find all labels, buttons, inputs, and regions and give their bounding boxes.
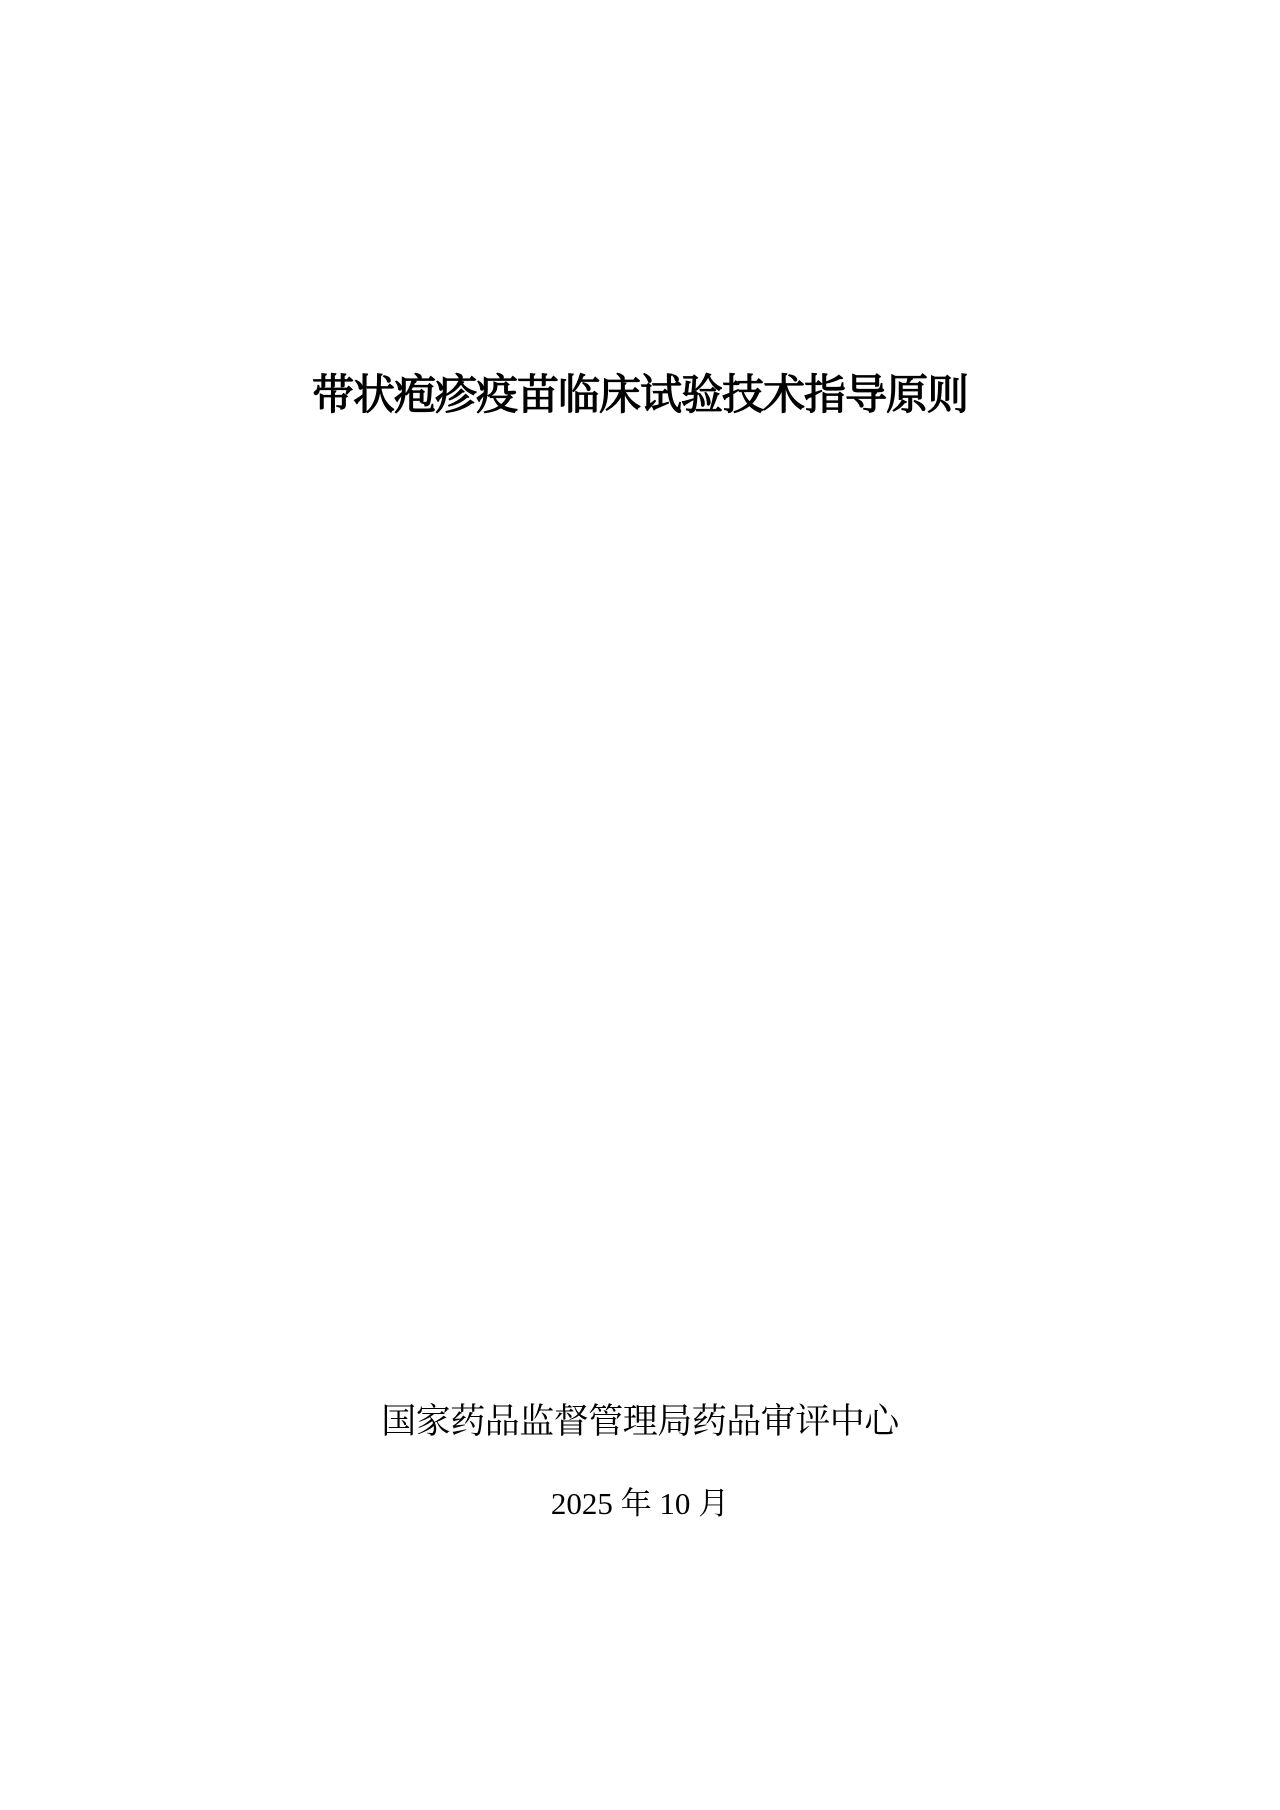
- document-cover-page: 带状疱疹疫苗临床试验技术指导原则 国家药品监督管理局药品审评中心 2025 年 …: [0, 0, 1280, 1810]
- publication-date: 2025 年 10 月: [0, 1484, 1280, 1524]
- issuing-organization: 国家药品监督管理局药品审评中心: [0, 1400, 1280, 1444]
- document-title: 带状疱疹疫苗临床试验技术指导原则: [0, 368, 1280, 424]
